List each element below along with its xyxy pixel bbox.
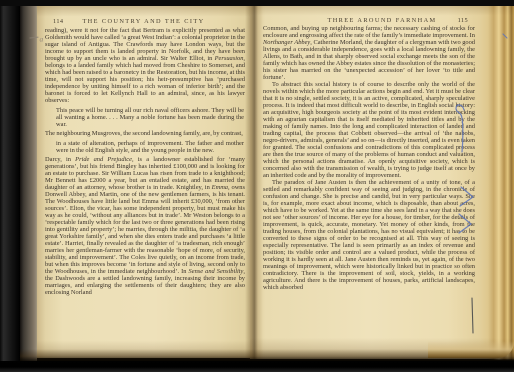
- running-head-left-title: THE COUNTRY AND THE CITY: [82, 18, 204, 25]
- page-stack-edge: [20, 3, 37, 367]
- paragraph: The paradox of Jane Austen is then the a…: [263, 179, 475, 291]
- book-scan-photo: 114 THE COUNTRY AND THE CITY reading), w…: [0, 0, 514, 372]
- page-number-right: 115: [458, 17, 468, 24]
- paragraph: The neighbouring Musgroves, the second l…: [45, 130, 245, 137]
- book-binding-edge: [0, 0, 20, 372]
- photo-border-bottom: [0, 361, 514, 372]
- photo-border-top: [0, 0, 514, 6]
- paragraph: reading), were it not for the fact that …: [45, 27, 245, 104]
- page-number-left: 114: [53, 18, 63, 25]
- page-left: 114 THE COUNTRY AND THE CITY reading), w…: [37, 6, 250, 358]
- paragraph: Common, and buying up neighbouring farms…: [263, 25, 475, 81]
- running-head-right-title: THREE AROUND FARNHAM: [327, 17, 436, 24]
- paragraph: Darcy, in Pride and Prejudice, is a land…: [45, 156, 245, 296]
- paragraph: To abstract this social history is of co…: [263, 81, 475, 179]
- block-quote: This peace will be turning all our rich …: [56, 107, 244, 128]
- running-head-left: 114 THE COUNTRY AND THE CITY: [37, 18, 250, 25]
- page-right: THREE AROUND FARNHAM 115 Common, and buy…: [250, 5, 514, 359]
- page-right-text-block: Common, and buying up neighbouring farms…: [263, 25, 475, 357]
- running-head-right: THREE AROUND FARNHAM 115: [250, 17, 514, 24]
- block-quote: in a state of alteration, perhaps of imp…: [56, 140, 244, 154]
- page-left-text-block: reading), were it not for the fact that …: [45, 27, 245, 357]
